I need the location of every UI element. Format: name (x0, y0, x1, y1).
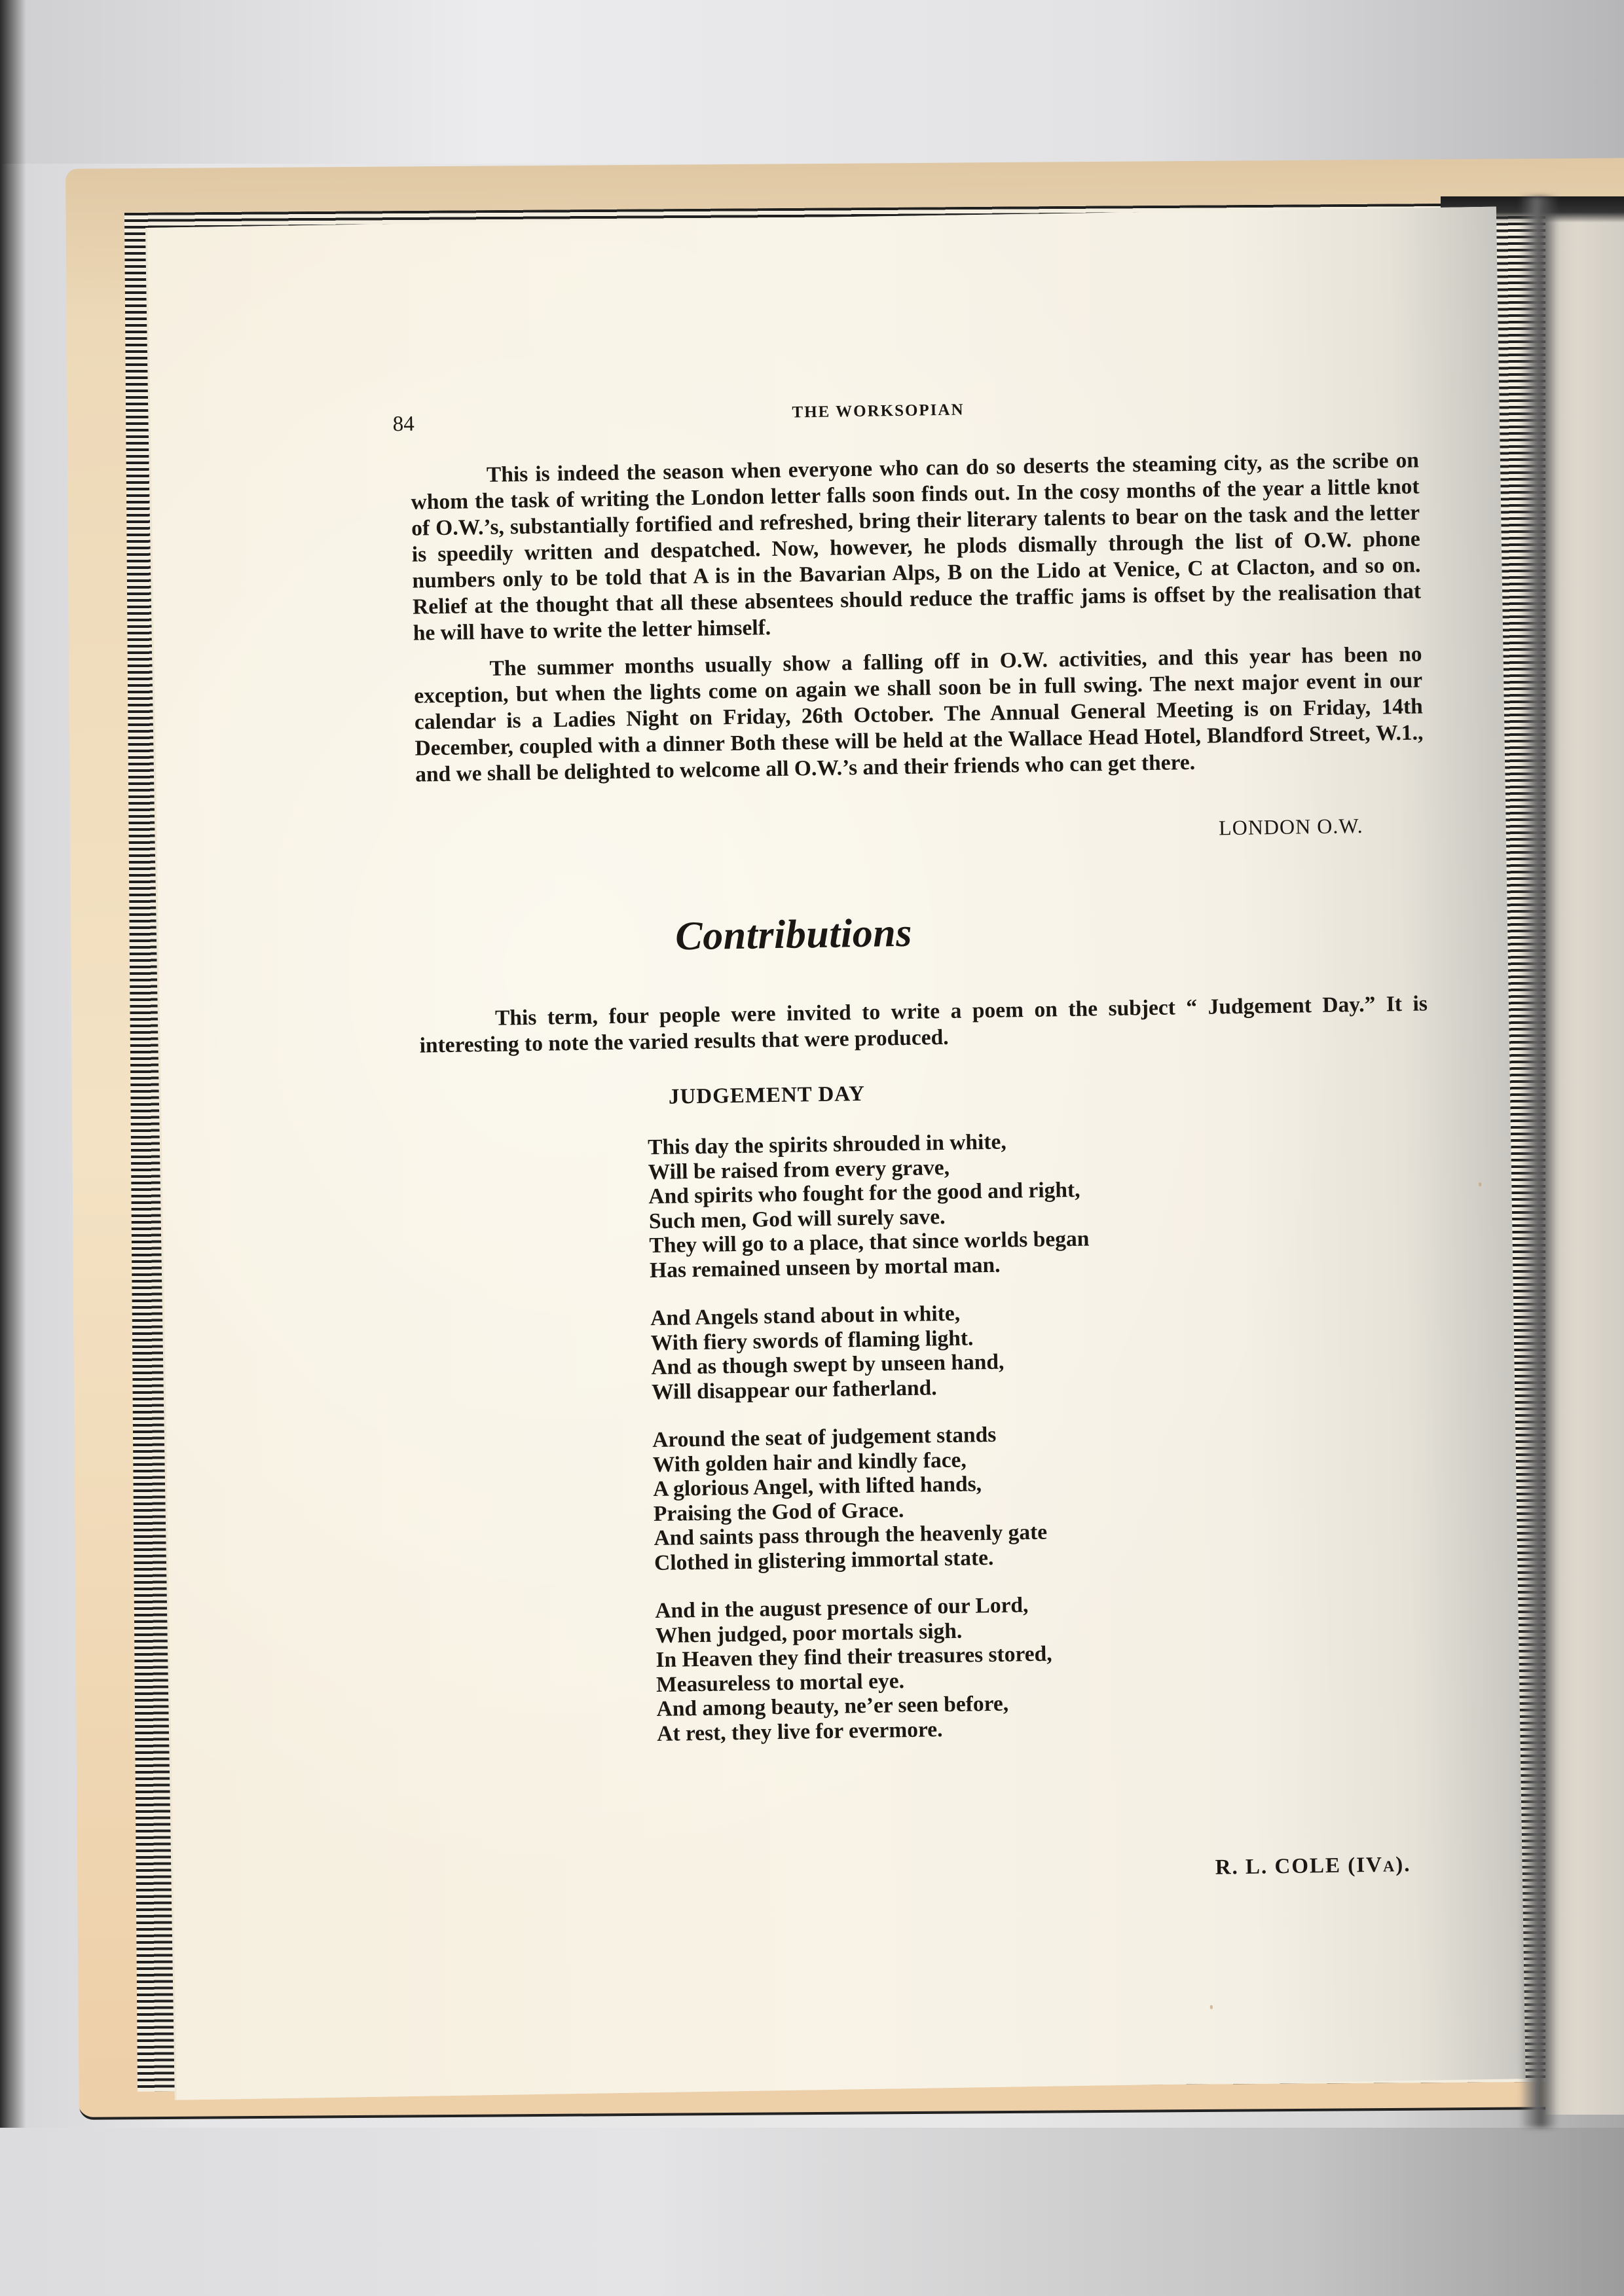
poem-author: R. L. COLE (IVA). (1215, 1853, 1411, 1880)
book-page: 84 THE WORKSOPIAN This is indeed the sea… (145, 207, 1526, 2100)
london-letter: This is indeed the season when everyone … (411, 447, 1424, 798)
page-number: 84 (392, 412, 415, 437)
poem-body: This day the spirits shrouded in white, … (648, 1129, 1098, 1770)
poem-author-close: ). (1395, 1853, 1411, 1876)
london-letter-paragraph: This is indeed the season when everyone … (411, 447, 1422, 646)
contributions-intro: This term, four people were invited to w… (419, 991, 1428, 1069)
poem-author-form: A (1383, 1858, 1396, 1875)
london-letter-paragraph: The summer months usually show a falling… (413, 641, 1424, 788)
book-gutter-shadow (1519, 196, 1559, 2128)
london-letter-signature: LONDON O.W. (1219, 814, 1363, 840)
scanner-background-top (0, 0, 1624, 164)
poem-title: JUDGEMENT DAY (161, 1072, 1510, 1117)
scanner-background-bottom (0, 2128, 1624, 2296)
contributions-intro-text: This term, four people were invited to w… (419, 991, 1428, 1059)
paper-speck (1479, 1182, 1481, 1186)
poem-author-name: R. L. COLE (IV (1215, 1853, 1383, 1880)
poem-stanza: Around the seat of judgement stands With… (652, 1421, 1094, 1576)
poem-stanza: This day the spirits shrouded in white, … (648, 1129, 1090, 1283)
poem-stanza: And Angels stand about in white, With fi… (650, 1300, 1092, 1405)
section-title: Contributions (158, 900, 1508, 968)
poem-stanza: And in the august presence of our Lord, … (655, 1592, 1097, 1746)
paper-speck (1210, 2005, 1213, 2009)
running-head: THE WORKSOPIAN (792, 401, 964, 422)
